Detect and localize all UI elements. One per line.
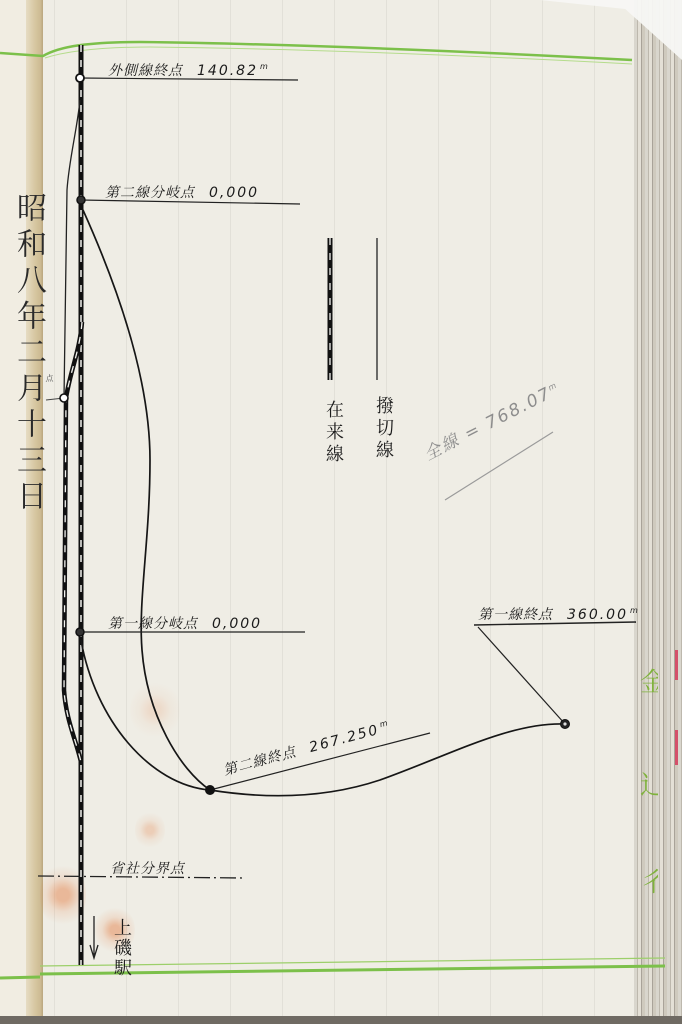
label-station: 上磯駅 bbox=[108, 918, 134, 978]
label-unit: m bbox=[379, 719, 390, 730]
leader-line1-end-connector bbox=[478, 627, 565, 724]
label-siding-mark: 点 bbox=[44, 374, 55, 382]
label-value: 140.82 bbox=[197, 63, 258, 79]
node-outer-line-end bbox=[76, 74, 84, 82]
label-value: 360.00 bbox=[567, 607, 628, 623]
label-value: 0,000 bbox=[209, 185, 259, 201]
label-text: 第一線分岐点 bbox=[108, 616, 198, 632]
track-diagram bbox=[0, 0, 682, 1024]
label-value: 0,000 bbox=[212, 616, 262, 632]
label-boundary: 省社分界点 bbox=[110, 858, 185, 878]
legend-label-existing-line: 在来線 bbox=[320, 400, 346, 466]
label-unit: m bbox=[630, 606, 639, 615]
station-arrow-icon bbox=[90, 916, 98, 958]
node-line1-branch bbox=[76, 628, 84, 636]
label-text: 第一線終点 bbox=[478, 607, 553, 623]
label-line2-branch: 第二線分岐点0,000 bbox=[105, 182, 259, 202]
legend-label-new-line: 撥切線 bbox=[370, 396, 396, 462]
node-line1-end-center bbox=[563, 722, 566, 725]
label-line1-branch: 第一線分岐点0,000 bbox=[108, 613, 262, 633]
node-siding bbox=[60, 394, 68, 402]
label-text: 第二線分岐点 bbox=[105, 185, 195, 201]
label-text: 外側線終点 bbox=[108, 63, 183, 79]
left-leaf-green-rule bbox=[0, 977, 40, 978]
first-line-track bbox=[81, 640, 565, 796]
label-unit: m bbox=[260, 62, 269, 71]
date-margin: 昭和八年二月十三日 bbox=[6, 192, 50, 516]
node-line2-branch bbox=[77, 196, 85, 204]
label-outer-line-end: 外側線終点140.82m bbox=[108, 60, 269, 80]
node-line2-end bbox=[205, 785, 215, 795]
label-line1-end: 第一線終点360.00m bbox=[478, 604, 639, 624]
